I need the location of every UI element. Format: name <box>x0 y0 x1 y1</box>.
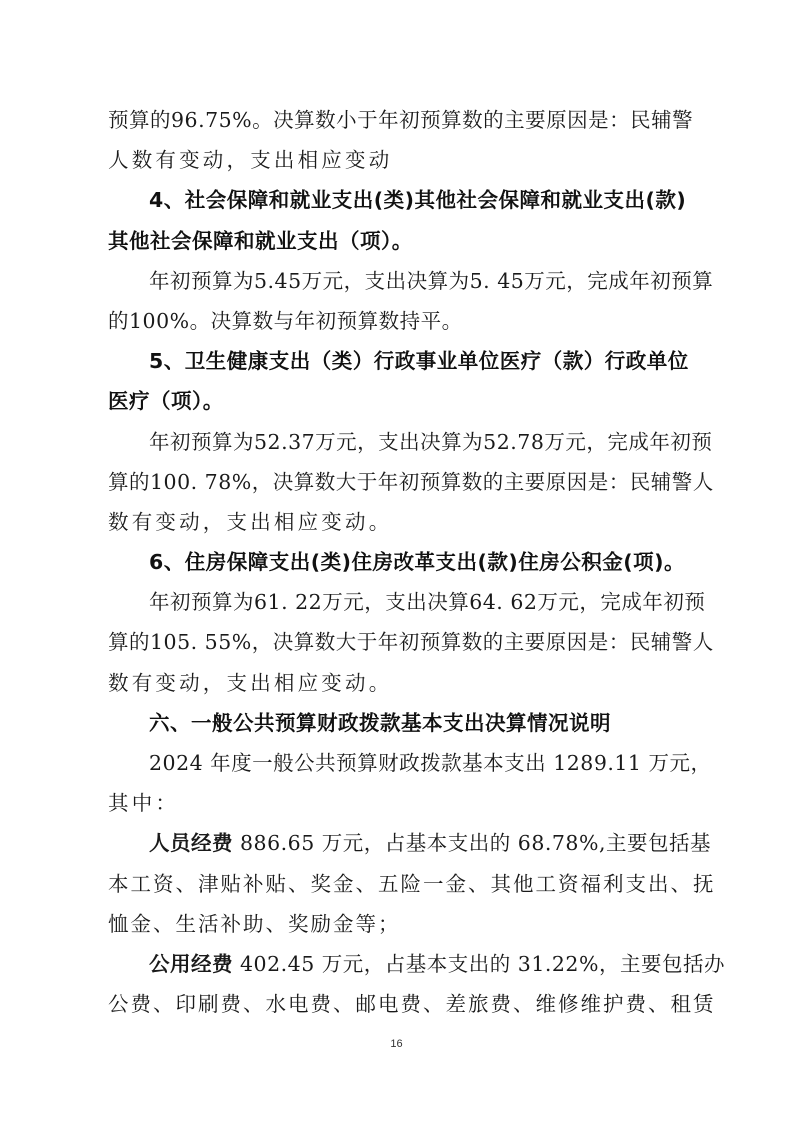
document-page: 预算的96.75%。决算数小于年初预算数的主要原因是：民辅警 人数有变动，支出相… <box>108 100 692 1024</box>
personnel-expense-text: 886.65 万元，占基本支出的 68.78%,主要包括基 <box>233 831 711 855</box>
item-heading-4: 4、社会保障和就业支出(类)其他社会保障和就业支出(款) <box>108 180 692 220</box>
section-heading: 六、一般公共预算财政拨款基本支出决算情况说明 <box>108 703 692 743</box>
item-heading-4-cont: 其他社会保障和就业支出（项）。 <box>108 221 692 261</box>
paragraph-line: 算的100. 78%，决算数大于年初预算数的主要原因是：民辅警人 <box>108 462 692 502</box>
paragraph-line: 2024 年度一般公共预算财政拨款基本支出 1289.11 万元， <box>108 743 692 783</box>
paragraph-line: 本工资、津贴补贴、奖金、五险一金、其他工资福利支出、抚 <box>108 864 692 904</box>
paragraph-line: 数有变动，支出相应变动。 <box>108 663 692 703</box>
paragraph-line: 算的105. 55%，决算数大于年初预算数的主要原因是：民辅警人 <box>108 622 692 662</box>
paragraph-line: 的100%。决算数与年初预算数持平。 <box>108 301 692 341</box>
paragraph-line: 恤金、生活补助、奖励金等； <box>108 904 692 944</box>
paragraph-line: 公费、印刷费、水电费、邮电费、差旅费、维修维护费、租赁 <box>108 984 692 1024</box>
page-number: 16 <box>0 1038 793 1050</box>
paragraph-line: 预算的96.75%。决算数小于年初预算数的主要原因是：民辅警 <box>108 100 692 140</box>
paragraph-line: 年初预算为5.45万元，支出决算为5. 45万元，完成年初预算 <box>108 261 692 301</box>
public-expense-term: 公用经费 <box>149 952 233 976</box>
item-heading-6: 6、住房保障支出(类)住房改革支出(款)住房公积金(项)。 <box>108 542 692 582</box>
paragraph-line: 年初预算为61. 22万元，支出决算64. 62万元，完成年初预 <box>108 582 692 622</box>
paragraph-line: 数有变动，支出相应变动。 <box>108 502 692 542</box>
paragraph-line: 年初预算为52.37万元，支出决算为52.78万元，完成年初预 <box>108 422 692 462</box>
paragraph-line: 人数有变动，支出相应变动 <box>108 140 692 180</box>
personnel-expense-line: 人员经费 886.65 万元，占基本支出的 68.78%,主要包括基 <box>108 823 692 863</box>
item-heading-5-cont: 医疗（项）。 <box>108 381 692 421</box>
public-expense-line: 公用经费 402.45 万元，占基本支出的 31.22%，主要包括办 <box>108 944 692 984</box>
public-expense-text: 402.45 万元，占基本支出的 31.22%，主要包括办 <box>233 952 725 976</box>
personnel-expense-term: 人员经费 <box>149 831 233 855</box>
item-heading-5: 5、卫生健康支出（类）行政事业单位医疗（款）行政单位 <box>108 341 692 381</box>
paragraph-line: 其中： <box>108 783 692 823</box>
